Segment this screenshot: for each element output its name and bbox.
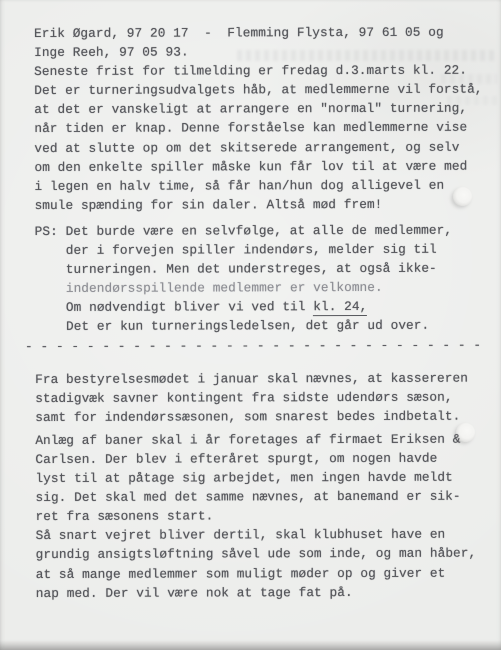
text-line: at så mange medlemmer som muligt møder o… [36, 563, 492, 584]
text-line: Seneste frist for tilmelding er fredag d… [34, 61, 490, 82]
text-line: om den enkelte spiller måske kun får lov… [34, 156, 490, 177]
dashed-separator: - - - - - - - - - - - - - - - - - - - - … [25, 335, 491, 356]
text-line: Carlsen. Der blev i efteråret spurgt, om… [35, 449, 491, 470]
text-line: i legen en halv time, så får han/hun dog… [34, 175, 490, 196]
text-line: smule spænding for sin daler. Altså mød … [35, 194, 491, 215]
typewritten-text: Erik Øgard, 97 20 17 - Flemming Flysta, … [34, 23, 492, 603]
text-line: Erik Øgard, 97 20 17 - Flemming Flysta, … [34, 23, 490, 44]
text-line: nap med. Der vil være nok at tage fat på… [36, 582, 492, 603]
underlined-text-segment: kl. 24, [313, 299, 367, 316]
text-line: ved at slutte op om det skitserede arran… [34, 137, 490, 158]
text-line: Om nødvendigt bliver vi ved til kl. 24, [35, 297, 491, 318]
text-line: Anlæg af baner skal i år foretages af fi… [35, 429, 491, 450]
page-bottom-shadow [0, 640, 501, 650]
text-line: når tiden er knap. Denne forståelse kan … [34, 118, 490, 139]
text-segment: Om nødvendigt bliver vi ved til [66, 299, 313, 315]
text-line: der i forvejen spiller indendørs, melder… [35, 240, 491, 261]
scanned-page: Erik Øgard, 97 20 17 - Flemming Flysta, … [0, 0, 501, 650]
text-line: indendørsspillende medlemmer er velkomne… [35, 278, 491, 299]
text-line: samt for indendørssæsonen, som snarest b… [35, 406, 491, 427]
text-line: Så snart vejret bliver dertil, skal klub… [36, 525, 492, 546]
text-line: grundig ansigtsløftning såvel ude som in… [36, 544, 492, 565]
text-line: sig. Det skal med det samme nævnes, at b… [35, 487, 491, 508]
text-line: at det er vanskeligt at arrangere en "no… [34, 99, 490, 120]
text-line: Det er turneringsudvalgets håb, at medle… [34, 80, 490, 101]
text-line: ret fra sæsonens start. [36, 506, 492, 527]
text-line: stadigvæk savner kontingent fra sidste u… [35, 387, 491, 408]
text-line: turneringen. Men det understreges, at og… [35, 259, 491, 280]
text-line: lyst til at påtage sig arbejdet, men ing… [35, 468, 491, 489]
text-line: Inge Reeh, 97 05 93. [34, 42, 490, 63]
text-line: Fra bestyrelsesmødet i januar skal nævne… [35, 368, 491, 389]
text-line: Det er kun turneringsledelsen, det går u… [35, 316, 491, 337]
text-line: PS: Det burde være en selvfølge, at alle… [35, 221, 491, 242]
